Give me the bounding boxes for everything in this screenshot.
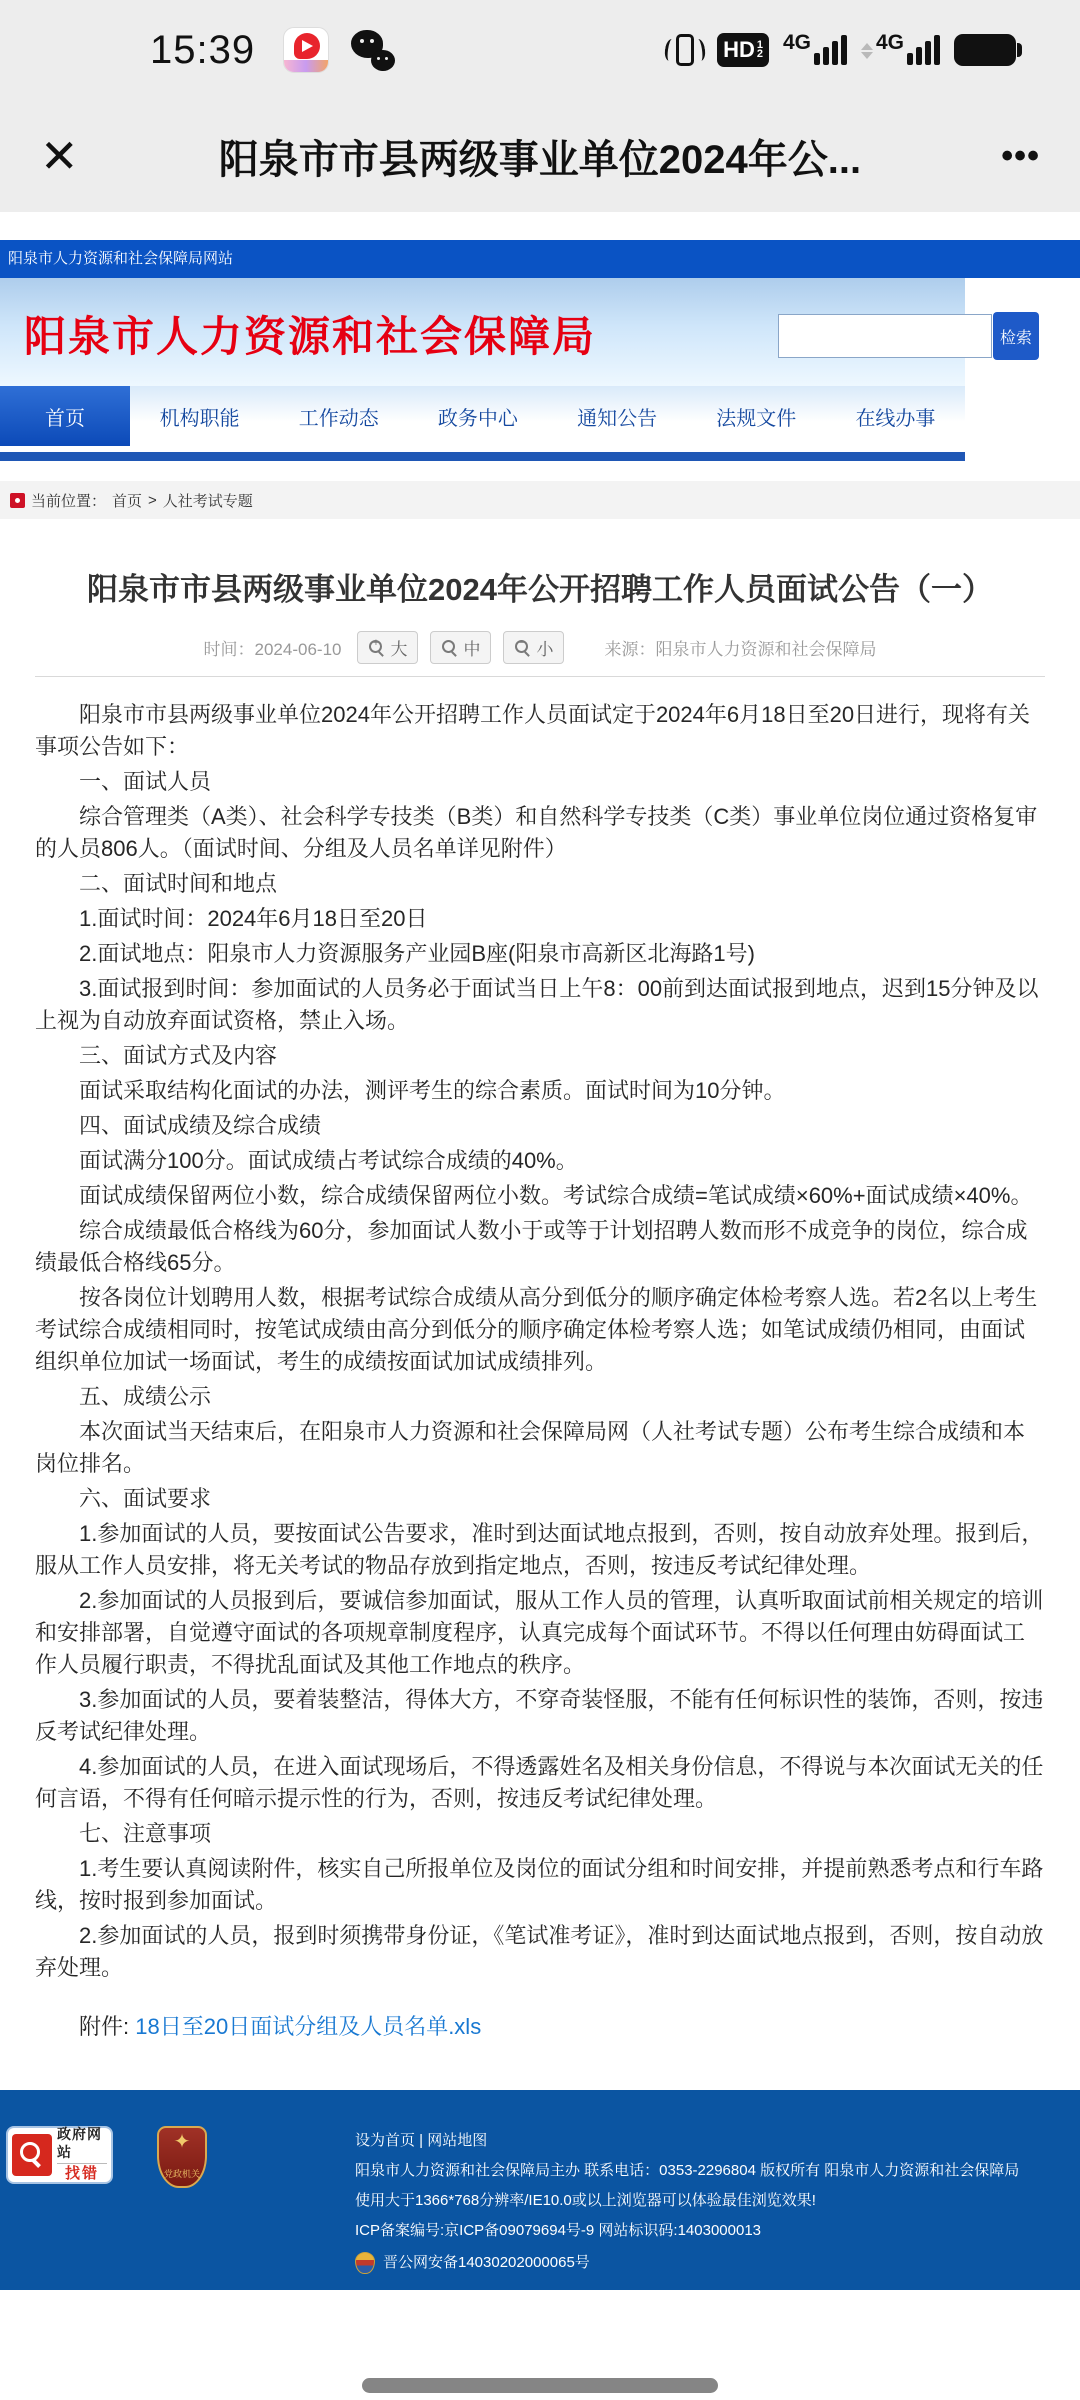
article-paragraph: 按各岗位计划聘用人数，根据考试综合成绩从高分到低分的顺序确定体检考察人选。若2名… bbox=[35, 1282, 1045, 1378]
wechat-icon bbox=[351, 27, 397, 73]
clock: 15:39 bbox=[150, 28, 255, 73]
search-button[interactable]: 检索 bbox=[993, 312, 1039, 360]
font-size-label: 中 bbox=[463, 635, 480, 660]
article-body: 阳泉市市县两级事业单位2024年公开招聘工作人员面试定于2024年6月18日至2… bbox=[35, 699, 1045, 1984]
article-meta: 时间：2024-06-10 +大中−小 来源：阳泉市人力资源和社会保障局 bbox=[35, 631, 1045, 664]
close-icon[interactable]: ✕ bbox=[40, 133, 79, 179]
footer-line-2: 使用大于1366*768分辨率/IE10.0或以上浏览器可以体验最佳浏览效果! bbox=[355, 2186, 1019, 2216]
article-paragraph: 一、面试人员 bbox=[35, 766, 1045, 798]
breadcrumb-label: 当前位置： bbox=[31, 490, 106, 511]
nav-item-0[interactable]: 首页 bbox=[0, 386, 130, 446]
attachment-label: 附件: bbox=[79, 2014, 129, 2039]
data-arrows-icon bbox=[861, 43, 873, 59]
article-paragraph: 阳泉市市县两级事业单位2024年公开招聘工作人员面试定于2024年6月18日至2… bbox=[35, 699, 1045, 763]
nav-item-5[interactable]: 法规文件 bbox=[687, 386, 826, 446]
phone-screen: 15:39 HD 12 4G 4G ✕ 阳泉市市县两级事业单位20 bbox=[0, 0, 1080, 2400]
meta-divider bbox=[35, 676, 1045, 677]
article-source: 来源：阳泉市人力资源和社会保障局 bbox=[604, 635, 876, 660]
footer-line-3: ICP备案编号:京ICP备09079694号-9 网站标识码:140300001… bbox=[355, 2216, 1019, 2246]
article-paragraph: 1.参加面试的人员，要按面试公告要求，准时到达面试地点报到，否则，按自动放弃处理… bbox=[35, 1518, 1045, 1582]
error-badge-line2: 找错 bbox=[57, 2163, 107, 2184]
divider-bar bbox=[0, 452, 965, 461]
search-box: 检索 bbox=[778, 312, 1039, 360]
error-badge-line1: 政府网站 bbox=[57, 2126, 107, 2161]
main-nav: 首页机构职能工作动态政务中心通知公告法规文件在线办事 bbox=[0, 386, 965, 446]
titlebar-gap bbox=[0, 212, 1080, 240]
magnifier-icon: − bbox=[514, 639, 531, 656]
gesture-area bbox=[0, 2290, 1080, 2400]
nav-item-6[interactable]: 在线办事 bbox=[826, 386, 965, 446]
article-paragraph: 2.参加面试的人员报到后，要诚信参加面试，服从工作人员的管理，认真听取面试前相关… bbox=[35, 1585, 1045, 1681]
article-paragraph: 1.面试时间：2024年6月18日至20日 bbox=[35, 903, 1045, 935]
footer-line-0[interactable]: 设为首页 | 网站地图 bbox=[355, 2126, 1019, 2156]
police-badge-icon bbox=[355, 2252, 375, 2274]
video-app-icon bbox=[283, 27, 329, 73]
security-record-text: 晋公网安备14030202000065号 bbox=[383, 2248, 590, 2278]
browser-title-bar: ✕ 阳泉市市县两级事业单位2024年公... ••• bbox=[0, 100, 1080, 212]
font-size-controls: +大中−小 bbox=[357, 631, 564, 664]
article-paragraph: 二、面试时间和地点 bbox=[35, 868, 1045, 900]
shield-label: 党政机关 bbox=[164, 2167, 200, 2180]
attachment-link[interactable]: 18日至20日面试分组及人员名单.xls bbox=[135, 2014, 481, 2039]
more-menu-icon[interactable]: ••• bbox=[1001, 137, 1040, 176]
status-app-icons bbox=[283, 27, 397, 73]
article-paragraph: 综合管理类（A类）、社会科学专技类（B类）和自然科学专技类（C类）事业单位岗位通… bbox=[35, 801, 1045, 865]
font-size-label: 大 bbox=[390, 635, 407, 660]
article-paragraph: 面试满分100分。面试成绩占考试综合成绩的40%。 bbox=[35, 1145, 1045, 1177]
status-right-icons: HD 12 4G 4G bbox=[667, 31, 1016, 69]
font-size-large-button[interactable]: +大 bbox=[357, 631, 418, 664]
site-footer: 政府网站 找错 ✦ 党政机关 设为首页 | 网站地图阳泉市人力资源和社会保障局主… bbox=[0, 2090, 1080, 2290]
gov-site-error-badge[interactable]: 政府网站 找错 bbox=[6, 2126, 113, 2184]
article-paragraph: 面试成绩保留两位小数，综合成绩保留两位小数。考试综合成绩=笔试成绩×60%+面试… bbox=[35, 1180, 1045, 1212]
site-banner: 阳泉市人力资源和社会保障局 检索 bbox=[0, 278, 1080, 386]
shield-emblem-icon: ✦ bbox=[174, 2132, 191, 2152]
breadcrumb-current: 人社考试专题 bbox=[163, 490, 253, 511]
breadcrumb-home-link[interactable]: 首页 bbox=[112, 490, 142, 511]
nav-item-2[interactable]: 工作动态 bbox=[269, 386, 408, 446]
home-indicator[interactable] bbox=[362, 2378, 718, 2393]
page-title: 阳泉市市县两级事业单位2024年公... bbox=[79, 128, 1002, 185]
location-marker-icon bbox=[10, 493, 25, 508]
article-paragraph: 2.参加面试的人员，报到时须携带身份证，《笔试准考证》，准时到达面试地点报到，否… bbox=[35, 1920, 1045, 1984]
article-paragraph: 3.面试报到时间：参加面试的人员务必于面试当日上午8：00前到达面试报到地点，迟… bbox=[35, 973, 1045, 1037]
article-paragraph: 4.参加面试的人员，在进入面试现场后，不得透露姓名及相关身份信息，不得说与本次面… bbox=[35, 1751, 1045, 1815]
article: 阳泉市市县两级事业单位2024年公开招聘工作人员面试公告（一） 时间：2024-… bbox=[0, 519, 1080, 2090]
article-paragraph: 五、成绩公示 bbox=[35, 1381, 1045, 1413]
signal-4g-secondary-icon: 4G bbox=[861, 35, 940, 65]
article-paragraph: 1.考生要认真阅读附件，核实自己所报单位及岗位的面试分组和时间安排，并提前熟悉考… bbox=[35, 1853, 1045, 1917]
article-paragraph: 综合成绩最低合格线为60分，参加面试人数小于或等于计划招聘人数而形不成竞争的岗位… bbox=[35, 1215, 1045, 1279]
footer-line-1: 阳泉市人力资源和社会保障局主办 联系电话：0353-2296804 版权所有 阳… bbox=[355, 2156, 1019, 2186]
security-record-row[interactable]: 晋公网安备14030202000065号 bbox=[355, 2248, 1019, 2278]
nav-item-3[interactable]: 政务中心 bbox=[408, 386, 547, 446]
nav-item-1[interactable]: 机构职能 bbox=[130, 386, 269, 446]
party-gov-shield-badge[interactable]: ✦ 党政机关 bbox=[157, 2126, 207, 2188]
site-top-strip: 阳泉市人力资源和社会保障局网站 bbox=[0, 240, 1080, 278]
battery-icon bbox=[954, 34, 1016, 66]
article-time: 时间：2024-06-10 bbox=[204, 635, 342, 660]
signal-4g-icon: 4G bbox=[783, 35, 847, 65]
magnifier-icon: + bbox=[368, 639, 385, 656]
vibrate-icon bbox=[667, 31, 703, 69]
article-paragraph: 三、面试方式及内容 bbox=[35, 1040, 1045, 1072]
magnifier-icon bbox=[441, 639, 458, 656]
error-report-flag-icon bbox=[12, 2134, 52, 2176]
article-paragraph: 2.面试地点：阳泉市人力资源服务产业园B座(阳泉市高新区北海路1号) bbox=[35, 938, 1045, 970]
footer-text-block: 设为首页 | 网站地图阳泉市人力资源和社会保障局主办 联系电话：0353-229… bbox=[355, 2126, 1019, 2278]
status-bar: 15:39 HD 12 4G 4G bbox=[0, 0, 1080, 100]
article-paragraph: 3.参加面试的人员，要着装整洁，得体大方，不穿奇装怪服，不能有任何标识性的装饰，… bbox=[35, 1684, 1045, 1748]
font-size-small-button[interactable]: −小 bbox=[503, 631, 564, 664]
article-paragraph: 四、面试成绩及综合成绩 bbox=[35, 1110, 1045, 1142]
breadcrumb-separator: > bbox=[148, 492, 157, 509]
breadcrumb: 当前位置： 首页 > 人社考试专题 bbox=[0, 481, 1080, 519]
attachment-row: 附件: 18日至20日面试分组及人员名单.xls bbox=[35, 2010, 1045, 2041]
font-size-medium-button[interactable]: 中 bbox=[430, 631, 491, 664]
article-paragraph: 七、注意事项 bbox=[35, 1818, 1045, 1850]
font-size-label: 小 bbox=[536, 635, 553, 660]
nav-item-4[interactable]: 通知公告 bbox=[548, 386, 687, 446]
article-paragraph: 面试采取结构化面试的办法，测评考生的综合素质。面试时间为10分钟。 bbox=[35, 1075, 1045, 1107]
article-title: 阳泉市市县两级事业单位2024年公开招聘工作人员面试公告（一） bbox=[35, 567, 1045, 613]
article-paragraph: 六、面试要求 bbox=[35, 1483, 1045, 1515]
article-paragraph: 本次面试当天结束后，在阳泉市人力资源和社会保障局网（人社考试专题）公布考生综合成… bbox=[35, 1416, 1045, 1480]
site-name: 阳泉市人力资源和社会保障局 bbox=[24, 304, 596, 364]
hd-voice-icon: HD 12 bbox=[717, 33, 769, 67]
search-input[interactable] bbox=[778, 314, 992, 358]
